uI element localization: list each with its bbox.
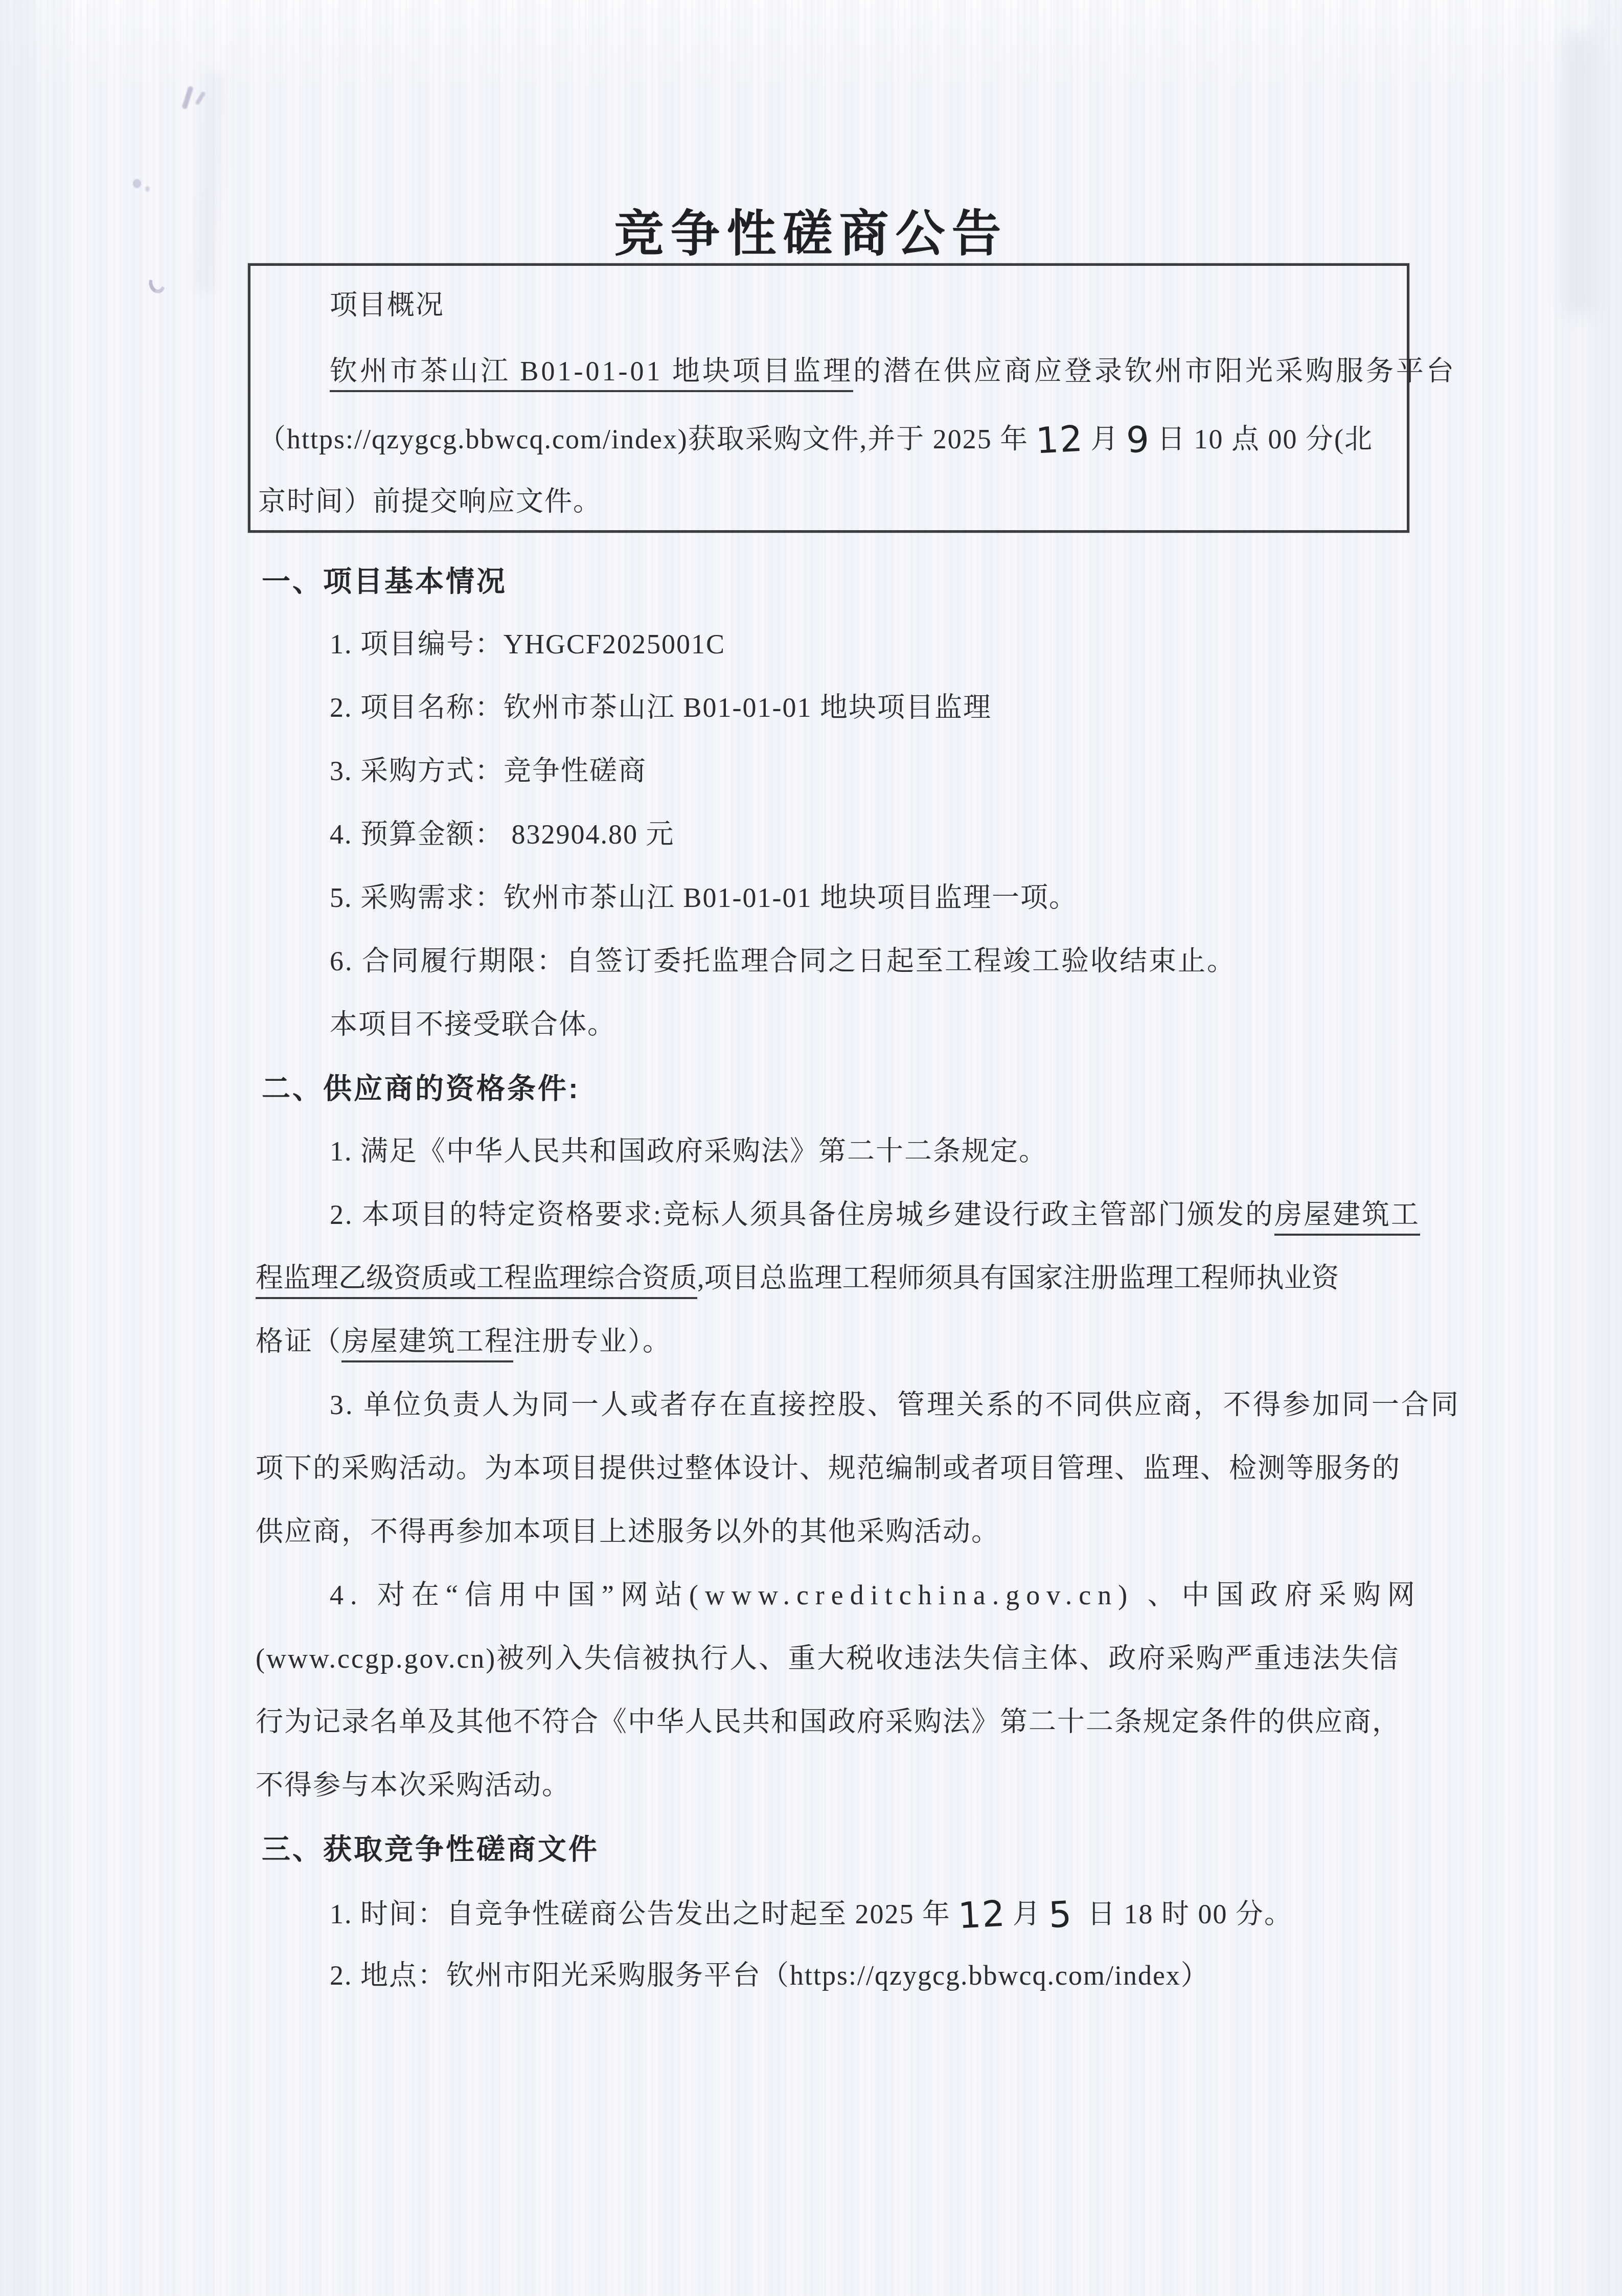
handwritten-digit: 12 [957, 1893, 1007, 1937]
text-segment: 4. 预算金额： 832904.80 元 [330, 819, 675, 850]
text-segment: 6. 合同履行期限：自签订委托监理合同之日起至工程竣工验收结束止。 [330, 946, 1236, 976]
note-no-consortium: 本项目不接受联合体。 [330, 1003, 616, 1042]
item-2-4-line3: 行为记录名单及其他不符合《中华人民共和国政府采购法》第二十二条规定条件的供应商， [256, 1700, 1401, 1739]
text-segment: 三、获取竞争性磋商文件 [262, 1833, 599, 1865]
item-2-2-line2: 程监理乙级资质或工程监理综合资质,项目总监理工程师须具有国家注册监理工程师执业资 [256, 1256, 1339, 1295]
ink-smudge [133, 179, 141, 188]
handwritten-digit: 12 [1035, 418, 1085, 462]
ink-smudge [145, 186, 150, 192]
text-segment: 二、供应商的资格条件: [262, 1072, 580, 1104]
text-segment: 3. 单位负责人为同一人或者存在直接控股、管理关系的不同供应商，不得参加同一合同 [330, 1390, 1460, 1420]
item-2-2-line1: 2. 本项目的特定资格要求:竞标人须具备住房城乡建设行政主管部门颁发的房屋建筑工 [330, 1193, 1420, 1232]
text-segment: 日 18 时 00 分。 [1080, 1899, 1293, 1929]
text-segment: 供应商，不得再参加本项目上述服务以外的其他采购活动。 [256, 1516, 1000, 1547]
underlined-text: 钦州市茶山江 B01-01-01 地块项目监理 [330, 356, 853, 392]
handwritten-digit: 5 [1047, 1893, 1073, 1936]
scanned-document-page: 竞争性磋商公告 项目概况钦州市茶山江 B01-01-01 地块项目监理的潜在供应… [0, 0, 1622, 2296]
item-2-2-line3: 格证（房屋建筑工程注册专业）。 [256, 1320, 671, 1359]
scan-edge-shading [1564, 31, 1595, 317]
underlined-text: 程监理乙级资质或工程监理综合资质 [256, 1263, 697, 1299]
ink-smudge [195, 91, 206, 105]
text-segment: 3. 采购方式：竞争性磋商 [330, 756, 647, 786]
text-segment: 月 [1013, 1899, 1041, 1929]
project-overview-box: 项目概况钦州市茶山江 B01-01-01 地块项目监理的潜在供应商应登录钦州市阳… [248, 263, 1409, 533]
page-title: 竞争性磋商公告 [0, 193, 1622, 265]
section-3-heading: 三、获取竞争性磋商文件 [262, 1827, 599, 1868]
text-segment: 日 10 点 00 分(北 [1157, 424, 1373, 454]
overview-para-line2: （https://qzygcg.bbwcq.com/index)获取采购文件,并… [258, 415, 1373, 457]
section-1-heading: 一、项目基本情况 [262, 559, 507, 600]
item-3-2: 2. 地点：钦州市阳光采购服务平台（https://qzygcg.bbwcq.c… [330, 1953, 1209, 1993]
text-segment: 2. 本项目的特定资格要求:竞标人须具备住房城乡建设行政主管部门颁发的 [330, 1199, 1274, 1230]
text-segment: 项下的采购活动。为本项目提供过整体设计、规范编制或者项目管理、监理、检测等服务的 [256, 1453, 1401, 1484]
text-segment: 格证（ [256, 1326, 341, 1357]
text-segment: （https://qzygcg.bbwcq.com/index)获取采购文件,并… [258, 424, 1029, 454]
underlined-text: 房屋建筑工 [1274, 1199, 1420, 1236]
item-1-1: 1. 项目编号：YHGCF2025001C [330, 622, 725, 662]
text-segment: (www.ccgp.gov.cn)被列入失信被执行人、重大税收违法失信主体、政府… [256, 1643, 1400, 1674]
item-1-3: 3. 采购方式：竞争性磋商 [330, 749, 647, 788]
text-segment: 本项目不接受联合体。 [330, 1009, 616, 1040]
text-segment: 注册专业）。 [513, 1326, 671, 1357]
item-2-4-line1: 4. 对在“信用中国”网站(www.creditchina.gov.cn) 、中… [330, 1573, 1422, 1612]
item-1-5: 5. 采购需求：钦州市茶山江 B01-01-01 地块项目监理一项。 [330, 876, 1078, 915]
text-segment: 1. 满足《中华人民共和国政府采购法》第二十二条规定。 [330, 1136, 1047, 1167]
item-2-4-line4: 不得参与本次采购活动。 [256, 1763, 570, 1803]
overview-para-line3: 京时间）前提交响应文件。 [258, 480, 602, 519]
text-segment: 2. 项目名称：钦州市茶山江 B01-01-01 地块项目监理 [330, 692, 992, 723]
text-segment: 一、项目基本情况 [262, 565, 507, 597]
underlined-text: 房屋建筑工程 [341, 1326, 513, 1362]
ink-smudge [146, 272, 168, 295]
section-2-heading: 二、供应商的资格条件: [262, 1066, 580, 1107]
ink-smudge [181, 86, 194, 110]
item-2-4-line2: (www.ccgp.gov.cn)被列入失信被执行人、重大税收违法失信主体、政府… [256, 1636, 1400, 1676]
overview-label: 项目概况 [330, 283, 444, 323]
text-segment: 月 [1090, 424, 1119, 454]
handwritten-digit: 9 [1126, 418, 1152, 461]
item-1-2: 2. 项目名称：钦州市茶山江 B01-01-01 地块项目监理 [330, 686, 992, 725]
text-segment: 项目概况 [330, 290, 444, 321]
text-segment: 的潜在供应商应登录钦州市阳光采购服务平台 [853, 356, 1456, 387]
text-segment: 行为记录名单及其他不符合《中华人民共和国政府采购法》第二十二条规定条件的供应商， [256, 1707, 1401, 1737]
overview-para-line1: 钦州市茶山江 B01-01-01 地块项目监理的潜在供应商应登录钦州市阳光采购服… [330, 349, 1456, 389]
item-1-6: 6. 合同履行期限：自签订委托监理合同之日起至工程竣工验收结束止。 [330, 939, 1236, 979]
text-segment: 不得参与本次采购活动。 [256, 1770, 570, 1801]
item-1-4: 4. 预算金额： 832904.80 元 [330, 812, 675, 852]
item-2-3-line1: 3. 单位负责人为同一人或者存在直接控股、管理关系的不同供应商，不得参加同一合同 [330, 1383, 1460, 1422]
text-segment: 1. 时间：自竞争性磋商公告发出之时起至 2025 年 [330, 1899, 951, 1929]
item-2-1: 1. 满足《中华人民共和国政府采购法》第二十二条规定。 [330, 1129, 1047, 1169]
item-2-3-line2: 项下的采购活动。为本项目提供过整体设计、规范编制或者项目管理、监理、检测等服务的 [256, 1446, 1401, 1486]
text-segment: 2. 地点：钦州市阳光采购服务平台（https://qzygcg.bbwcq.c… [330, 1960, 1209, 1991]
text-segment: 1. 项目编号：YHGCF2025001C [330, 629, 725, 660]
item-3-1: 1. 时间：自竞争性磋商公告发出之时起至 2025 年12月5 日 18 时 0… [330, 1890, 1293, 1932]
item-2-3-line3: 供应商，不得再参加本项目上述服务以外的其他采购活动。 [256, 1510, 1000, 1549]
text-segment: 5. 采购需求：钦州市茶山江 B01-01-01 地块项目监理一项。 [330, 882, 1078, 913]
text-segment: ,项目总监理工程师须具有国家注册监理工程师执业资 [697, 1263, 1339, 1293]
text-segment: 京时间）前提交响应文件。 [258, 486, 602, 517]
text-segment: 4. 对在“信用中国”网站(www.creditchina.gov.cn) 、中… [330, 1580, 1422, 1610]
